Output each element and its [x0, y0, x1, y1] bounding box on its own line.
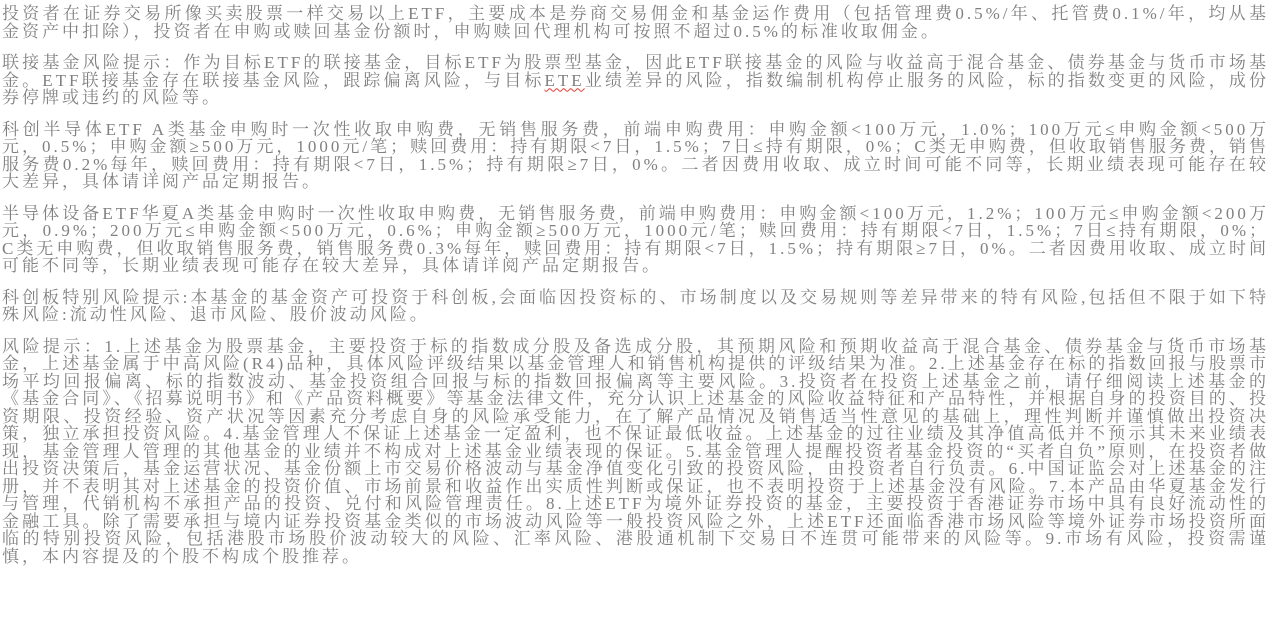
paragraph-feeder-fund-risk: 联接基金风险提示：作为目标ETF的联接基金，目标ETF为股票型基金，因此ETF联…	[2, 54, 1269, 107]
paragraph-general-risk-disclosure: 风险提示：1.上述基金为股票基金，主要投资于标的指数成分股及备选成分股，其预期风…	[2, 338, 1269, 566]
risk-disclosure-document: 投资者在证券交易所像买卖股票一样交易以上ETF，主要成本是券商交易佣金和基金运作…	[0, 0, 1271, 565]
paragraph-star-market-special-risk: 科创板特别风险提示:本基金的基金资产可投资于科创板,会面临因投资标的、市场制度以…	[2, 289, 1269, 324]
paragraph-kechuang-semiconductor-etf-fees: 科创半导体ETF A类基金申购时一次性收取申购费，无销售服务费，前端申购费用：申…	[2, 121, 1269, 191]
spellcheck-underlined-word: ETE	[545, 71, 585, 90]
paragraph-semiconductor-equipment-etf-fees: 半导体设备ETF华夏A类基金申购时一次性收取申购费，无销售服务费，前端申购费用：…	[2, 205, 1269, 275]
paragraph-etf-trading-costs: 投资者在证券交易所像买卖股票一样交易以上ETF，主要成本是券商交易佣金和基金运作…	[2, 5, 1269, 40]
